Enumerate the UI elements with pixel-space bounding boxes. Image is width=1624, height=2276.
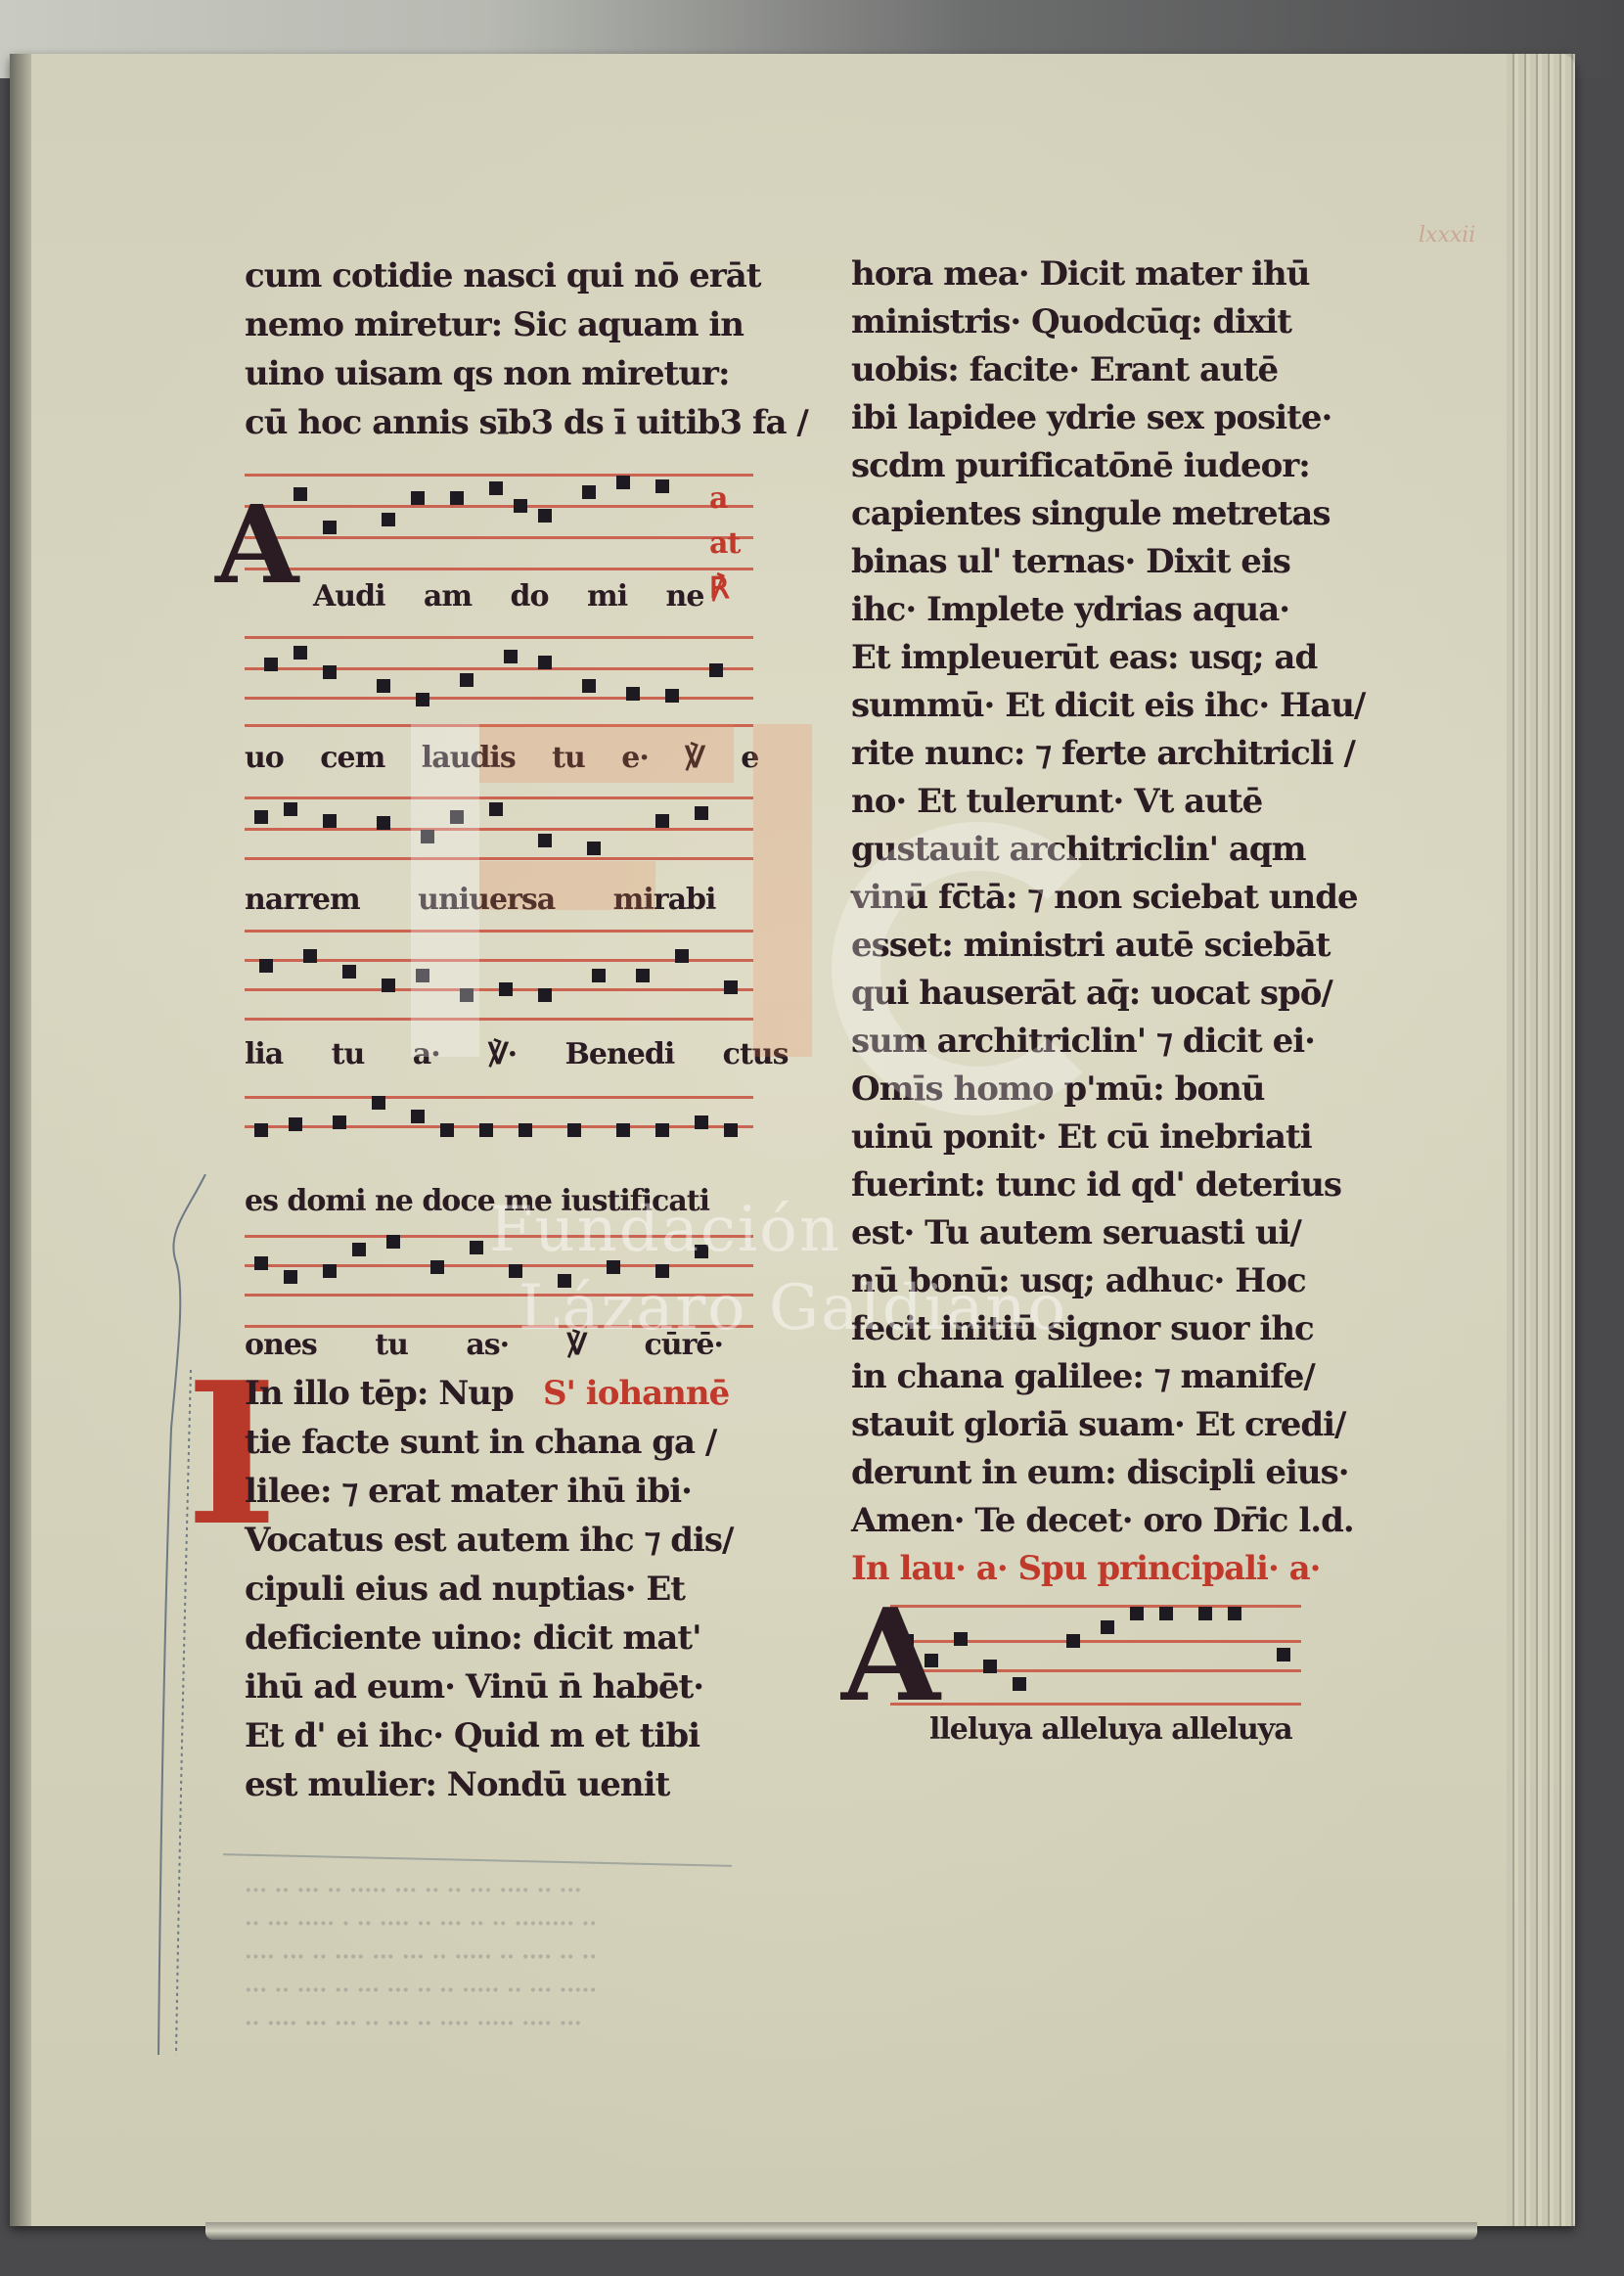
text-line: uinū ponit· Et cū inebriati [851,1117,1312,1157]
chant-lyric: uo cem laudis tu e· ℣ e [245,741,758,775]
text-line: cū hoc annis sīb3 ds ī uitib3 fa / [245,403,808,442]
gutter-edge [10,54,31,2226]
chant-lyric: es domi ne doce me iustificati [245,1184,709,1218]
gospel-heading: S' iohannē [543,1374,729,1413]
text-line: ministris· Quodcūq: dixit [851,302,1291,341]
text-line: fecit initiū signor suor ihc [851,1309,1314,1348]
text-line: in chana galilee: ⁊ manife/ [851,1357,1315,1396]
text-line: tie facte sunt in chana ga / [245,1423,716,1462]
text-line: Amen· Te decet· oro Dr̄ic l.d. [851,1501,1354,1540]
text-line: lilee: ⁊ erat mater ihū ibi· [245,1472,692,1511]
bottom-page-edge [205,2222,1477,2240]
show-through-line: ···· ··· ·· ···· ··· ··· ·· ····· ·· ···… [245,1940,1370,1974]
gospel-incipit: In illo tēp: Nup [245,1374,514,1413]
music-staff [245,930,753,1032]
text-line: qui hauserāt aq̄: uocat spō/ [851,974,1332,1013]
text-line: nū bonū: usq; adhuc· Hoc [851,1261,1306,1300]
text-line: nemo miretur: Sic aquam in [245,305,744,344]
fore-edge-pages [1507,54,1575,2226]
music-staff [245,1235,753,1338]
show-through-line: ·· ··· ····· · ·· ···· ·· ··· ·· ·· ····… [245,1907,1370,1940]
text-line: esset: ministri autē sciebāt [851,926,1331,965]
decorated-initial-a: A [215,481,298,608]
show-through-line: ··· ·· ··· ·· ····· ··· ·· ·· ··· ···· ·… [245,1874,1370,1907]
text-line: gustauit architriclin' aqm [851,830,1306,869]
folio-number: lxxxii [1419,223,1475,248]
music-staff [890,1605,1301,1707]
text-line: Et impleuerūt eas: usq; ad [851,638,1317,677]
music-staff [245,474,753,576]
text-line: capientes singule metretas [851,494,1330,533]
text-line: ibi lapidee ydrie sex posite· [851,398,1331,437]
text-line: deficiente uino: dicit mat' [245,1618,700,1658]
show-through-line: ··· ·· ···· ·· ··· ··· ·· ·· ····· ·· ··… [245,1974,1370,2007]
text-line: stauit gloriā suam· Et credi/ [851,1405,1345,1444]
text-line: binas ul' ternas· Dixit eis [851,542,1290,581]
chant-lyric: lleluya alleluya alleluya [929,1712,1292,1747]
text-line: vinū fc̄tā: ⁊ non sciebat unde [851,878,1358,917]
text-line: ihū ad eum· Vinū n̄ habēt· [245,1667,703,1707]
chant-lyric: ones tu as· ℣ cūrē· [245,1328,723,1362]
text-line: no· Et tulerunt· Vt autē [851,782,1262,821]
chant-lyric: Audi am do mi ne [313,579,703,614]
text-line: uobis: facite· Erant autē [851,350,1278,389]
text-line: derunt in eum: discipli eius· [851,1453,1349,1492]
text-line: uino uisam qs non miretur: [245,354,730,393]
text-line: fuerint: tunc id qd' deterius [851,1165,1341,1205]
text-line: hora mea· Dicit mater ihū [851,254,1310,294]
decorated-initial-a: A [841,1580,940,1730]
text-line: Et d' ei ihc· Quid m et tibi [245,1716,699,1755]
chant-lyric: lia tu a· ℣· Benedi ctus [245,1037,789,1071]
text-line: sum architriclin' ⁊ dicit ei· [851,1022,1315,1061]
show-through-text: ··· ·· ··· ·· ····· ··· ·· ·· ··· ···· ·… [245,1874,1370,2089]
text-line: scdm purificatōnē iudeor: [851,446,1310,485]
text-line: Vocatus est autem ihc ⁊ dis/ [245,1521,733,1560]
text-line: summū· Et dicit eis ihc· Hau/ [851,686,1365,725]
text-line: est· Tu autem seruasti ui/ [851,1213,1301,1252]
text-line: Omīs homo p'mū: bonū [851,1070,1265,1109]
text-line: cum cotidie nasci qui nō erāt [245,256,761,296]
chant-lyric: narrem uniuersa mirabi [245,883,715,917]
marginal-penwork-icon [147,1174,225,2074]
chant-cue: a at ℟ [709,477,748,612]
text-line: est mulier: Nondū uenit [245,1765,669,1804]
text-line: ihc· Implete ydrias aqua· [851,590,1289,629]
show-through-line: ·· ···· ··· ··· ·· ··· ·· ···· ····· ···… [245,2007,1370,2040]
music-staff [245,636,753,739]
text-line: cipuli eius ad nuptias· Et [245,1570,685,1609]
text-line: rite nunc: ⁊ ferte architricli / [851,734,1355,773]
